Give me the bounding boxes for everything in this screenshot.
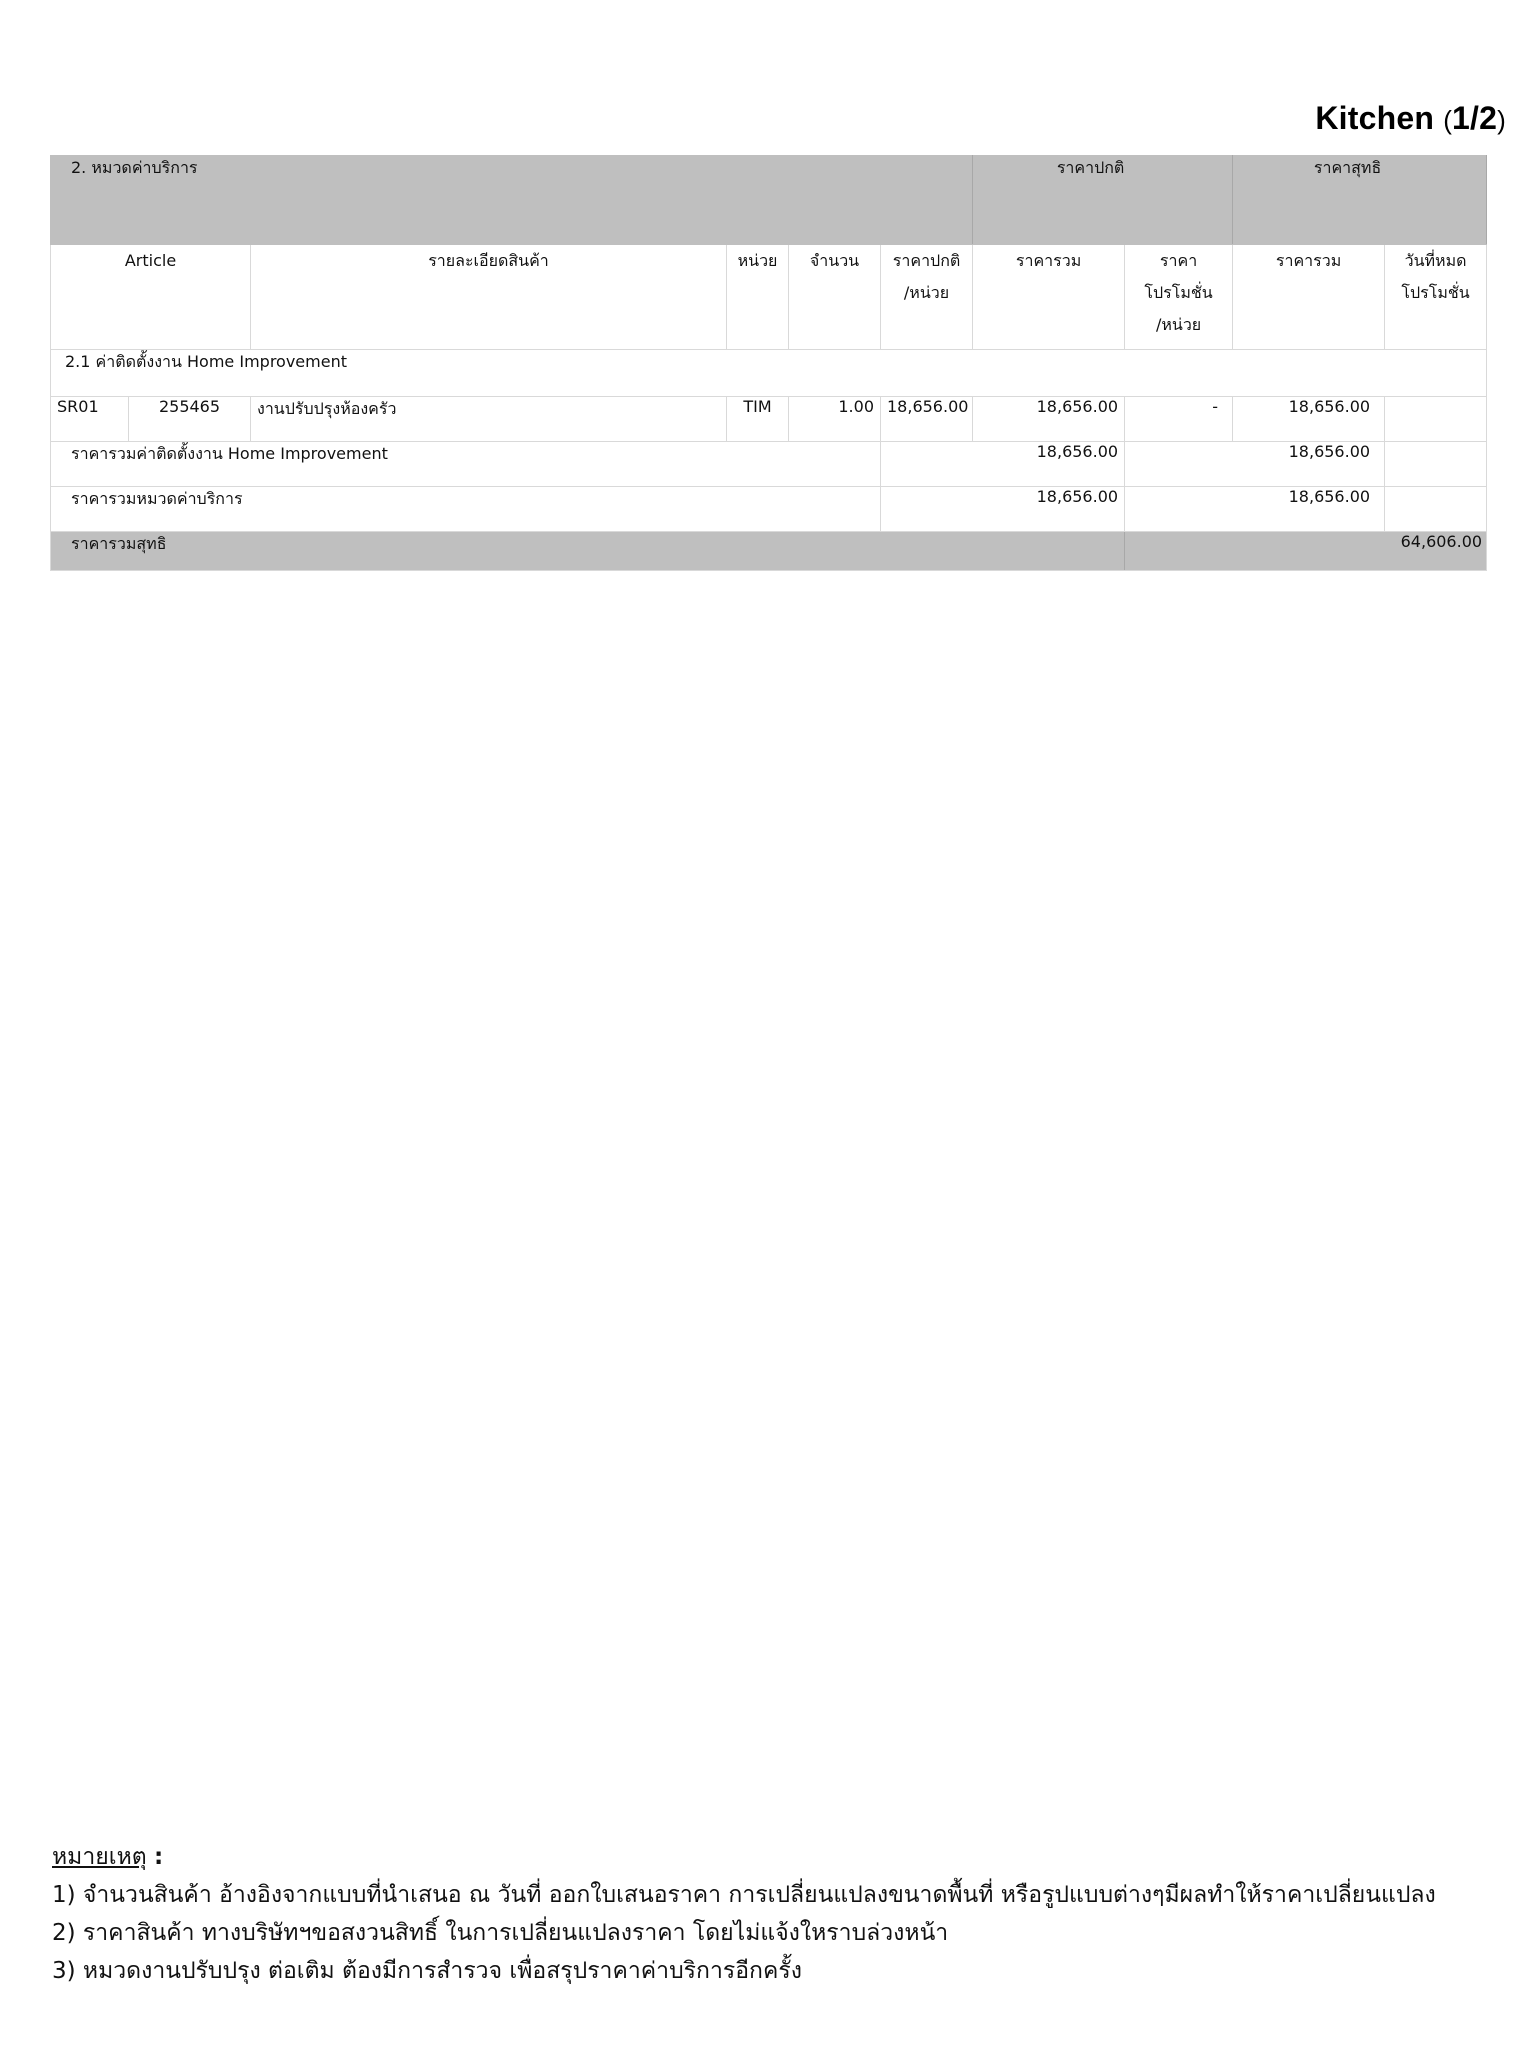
note-item: 2) ราคาสินค้า ทางบริษัทฯขอสงวนสิทธิ์ ในก… [52, 1914, 1436, 1952]
quotation-table: 2. หมวดค่าบริการ ราคาปกติ ราคาสุทธิ Arti… [50, 155, 1487, 571]
group-regular-price: ราคาปกติ [973, 156, 1233, 245]
note-item: 1) จำนวนสินค้า อ้างอิงจากแบบที่นำเสนอ ณ … [52, 1876, 1436, 1914]
category-total-label: ราคารวมหมวดค่าบริการ [51, 487, 881, 532]
page-indicator: 1/2 [1452, 100, 1497, 136]
notes-section: หมายเหตุ : 1) จำนวนสินค้า อ้างอิงจากแบบท… [52, 1838, 1436, 1990]
title-text: Kitchen [1315, 100, 1434, 136]
col-label-line: /หน่วย [1131, 309, 1226, 341]
col-promo-price: ราคา โปรโมชั่น /หน่วย [1125, 245, 1233, 350]
header-group-row: 2. หมวดค่าบริการ ราคาปกติ ราคาสุทธิ [51, 156, 1487, 245]
item-regular-unit-price: 18,656.00 [881, 397, 973, 442]
grand-total-row: ราคารวมสุทธิ 64,606.00 [51, 532, 1487, 571]
item-net-total: 18,656.00 [1233, 397, 1385, 442]
item-promo-end [1385, 397, 1487, 442]
item-unit: TIM [727, 397, 789, 442]
col-label-line: โปรโมชั่น [1131, 277, 1226, 309]
section-header: 2. หมวดค่าบริการ [51, 156, 973, 245]
subsection-total-net: 18,656.00 [1125, 442, 1385, 487]
note-item: 3) หมวดงานปรับปรุง ต่อเติม ต้องมีการสำรว… [52, 1952, 1436, 1990]
notes-heading: หมายเหตุ [52, 1844, 147, 1870]
category-total-regular: 18,656.00 [881, 487, 1125, 532]
col-article: Article [51, 245, 251, 350]
col-label-line: /หน่วย [887, 277, 966, 309]
item-quantity: 1.00 [789, 397, 881, 442]
item-code: SR01 [51, 397, 129, 442]
empty-cell [1385, 442, 1487, 487]
col-net-total: ราคารวม [1233, 245, 1385, 350]
paren-open: ( [1443, 105, 1452, 135]
col-quantity: จำนวน [789, 245, 881, 350]
table-row: SR01 255465 งานปรับปรุงห้องครัว TIM 1.00… [51, 397, 1487, 442]
col-label-line: ราคา [1131, 245, 1226, 277]
item-regular-total: 18,656.00 [973, 397, 1125, 442]
empty-cell [1385, 487, 1487, 532]
subsection-row: 2.1 ค่าติดตั้งงาน Home Improvement [51, 350, 1487, 397]
grand-total-label: ราคารวมสุทธิ [51, 532, 1125, 571]
item-promo-price: - [1125, 397, 1233, 442]
category-total-row: ราคารวมหมวดค่าบริการ 18,656.00 18,656.00 [51, 487, 1487, 532]
group-net-price: ราคาสุทธิ [1233, 156, 1487, 245]
column-header-row: Article รายละเอียดสินค้า หน่วย จำนวน ราค… [51, 245, 1487, 350]
col-label-line: โปรโมชั่น [1391, 277, 1480, 309]
subsection-total-label: ราคารวมค่าติดตั้งงาน Home Improvement [51, 442, 881, 487]
col-regular-total: ราคารวม [973, 245, 1125, 350]
subsection-total-row: ราคารวมค่าติดตั้งงาน Home Improvement 18… [51, 442, 1487, 487]
item-description: งานปรับปรุงห้องครัว [251, 397, 727, 442]
subsection-title: 2.1 ค่าติดตั้งงาน Home Improvement [51, 350, 1487, 397]
col-description: รายละเอียดสินค้า [251, 245, 727, 350]
notes-colon: : [154, 1844, 163, 1870]
paren-close: ) [1497, 105, 1506, 135]
grand-total-value: 64,606.00 [1125, 532, 1487, 571]
col-label-line: ราคาปกติ [887, 245, 966, 277]
col-promo-end: วันที่หมด โปรโมชั่น [1385, 245, 1487, 350]
col-unit: หน่วย [727, 245, 789, 350]
item-article: 255465 [129, 397, 251, 442]
col-label-line: วันที่หมด [1391, 245, 1480, 277]
document-title: Kitchen (1/2) [1315, 100, 1506, 137]
category-total-net: 18,656.00 [1125, 487, 1385, 532]
subsection-total-regular: 18,656.00 [881, 442, 1125, 487]
notes-heading-line: หมายเหตุ : [52, 1838, 1436, 1876]
col-regular-unit-price: ราคาปกติ /หน่วย [881, 245, 973, 350]
